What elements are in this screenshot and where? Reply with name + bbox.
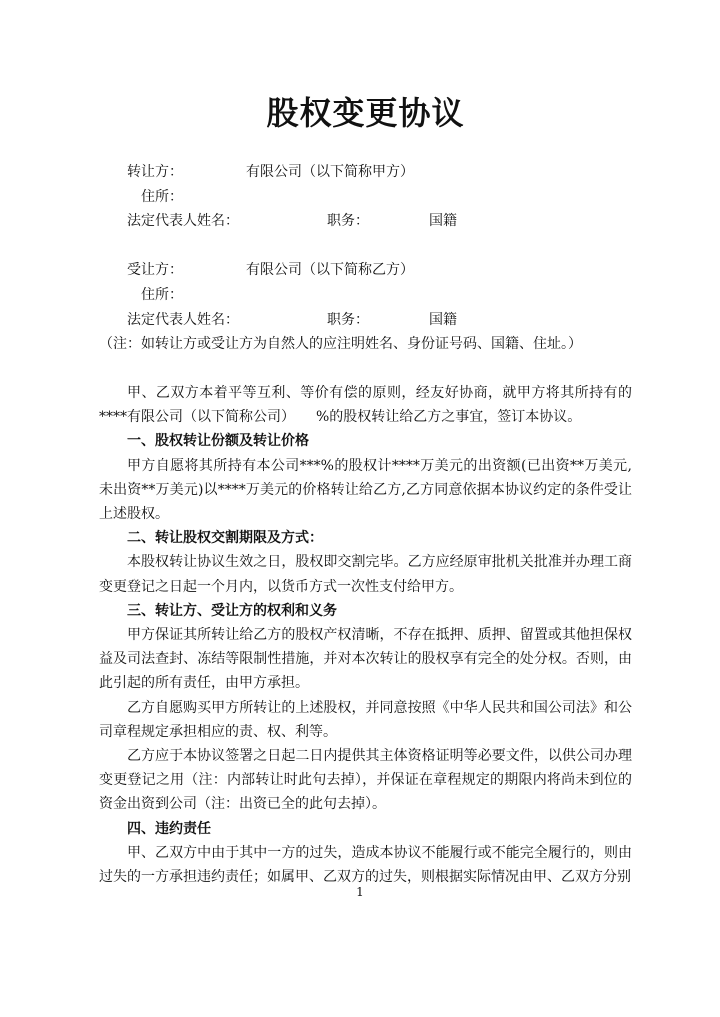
document-page: 股权变更协议 转让方：有限公司（以下简称甲方） 住所： 法定代表人姓名：职务：国…	[0, 0, 720, 1017]
body-paragraph: 甲、乙双方本着平等互利、等价有偿的原则，经友好协商，就甲方将其所持有的****有…	[99, 381, 632, 429]
natural-person-note: （注：如转让方或受让方为自然人的应注明姓名、身份证号码、国籍、住址。）	[99, 332, 632, 357]
party-b-address-line: 住所：	[99, 283, 632, 308]
party-b-position-label: 职务：	[327, 312, 369, 328]
party-a-block: 转让方：有限公司（以下简称甲方） 住所： 法定代表人姓名：职务：国籍	[99, 160, 632, 234]
party-a-nationality-label: 国籍	[429, 213, 457, 229]
document-title: 股权变更协议	[99, 92, 632, 134]
party-a-address-label: 住所：	[141, 189, 183, 205]
section-heading: 二、转让股权交割期限及方式：	[99, 526, 632, 550]
party-a-company-text: 有限公司（以下简称甲方）	[246, 164, 414, 180]
party-b-address-label: 住所：	[141, 287, 183, 303]
body-paragraph: 甲方保证其所转让给乙方的股权产权清晰，不存在抵押、质押、留置或其他担保权益及司法…	[99, 623, 632, 696]
body-paragraph: 乙方自愿购买甲方所转让的上述股权，并同意按照《中华人民共和国公司法》和公司章程规…	[99, 696, 632, 744]
party-a-legal-rep-label: 法定代表人姓名：	[127, 213, 239, 229]
section-heading: 三、转让方、受让方的权利和义务	[99, 599, 632, 623]
agreement-body: 甲、乙双方本着平等互利、等价有偿的原则，经友好协商，就甲方将其所持有的****有…	[99, 381, 632, 889]
party-b-legal-rep-line: 法定代表人姓名：职务：国籍	[99, 308, 632, 333]
body-paragraph: 甲方自愿将其所持有本公司***%的股权计****万美元的出资额(已出资**万美元…	[99, 454, 632, 527]
party-a-role-line: 转让方：有限公司（以下简称甲方）	[99, 160, 632, 185]
body-paragraph: 乙方应于本协议签署之日起二日内提供其主体资格证明等必要文件，以供公司办理变更登记…	[99, 744, 632, 817]
party-b-block: 受让方：有限公司（以下简称乙方） 住所： 法定代表人姓名：职务：国籍	[99, 258, 632, 332]
party-b-legal-rep-label: 法定代表人姓名：	[127, 312, 239, 328]
body-paragraph: 甲、乙双方中由于其中一方的过失，造成本协议不能履行或不能完全履行的，则由过失的一…	[99, 841, 632, 889]
section-heading: 一、股权转让份额及转让价格	[99, 429, 632, 453]
party-b-role-line: 受让方：有限公司（以下简称乙方）	[99, 258, 632, 283]
party-a-position-label: 职务：	[327, 213, 369, 229]
party-a-legal-rep-line: 法定代表人姓名：职务：国籍	[99, 209, 632, 234]
party-a-role-label: 转让方：	[127, 164, 183, 180]
page-number: 1	[0, 884, 720, 900]
party-b-nationality-label: 国籍	[429, 312, 457, 328]
party-b-company-text: 有限公司（以下简称乙方）	[246, 262, 414, 278]
party-b-role-label: 受让方：	[127, 262, 183, 278]
section-heading: 四、违约责任	[99, 817, 632, 841]
party-a-address-line: 住所：	[99, 185, 632, 210]
body-paragraph: 本股权转让协议生效之日，股权即交割完毕。乙方应经原审批机关批准并办理工商变更登记…	[99, 550, 632, 598]
